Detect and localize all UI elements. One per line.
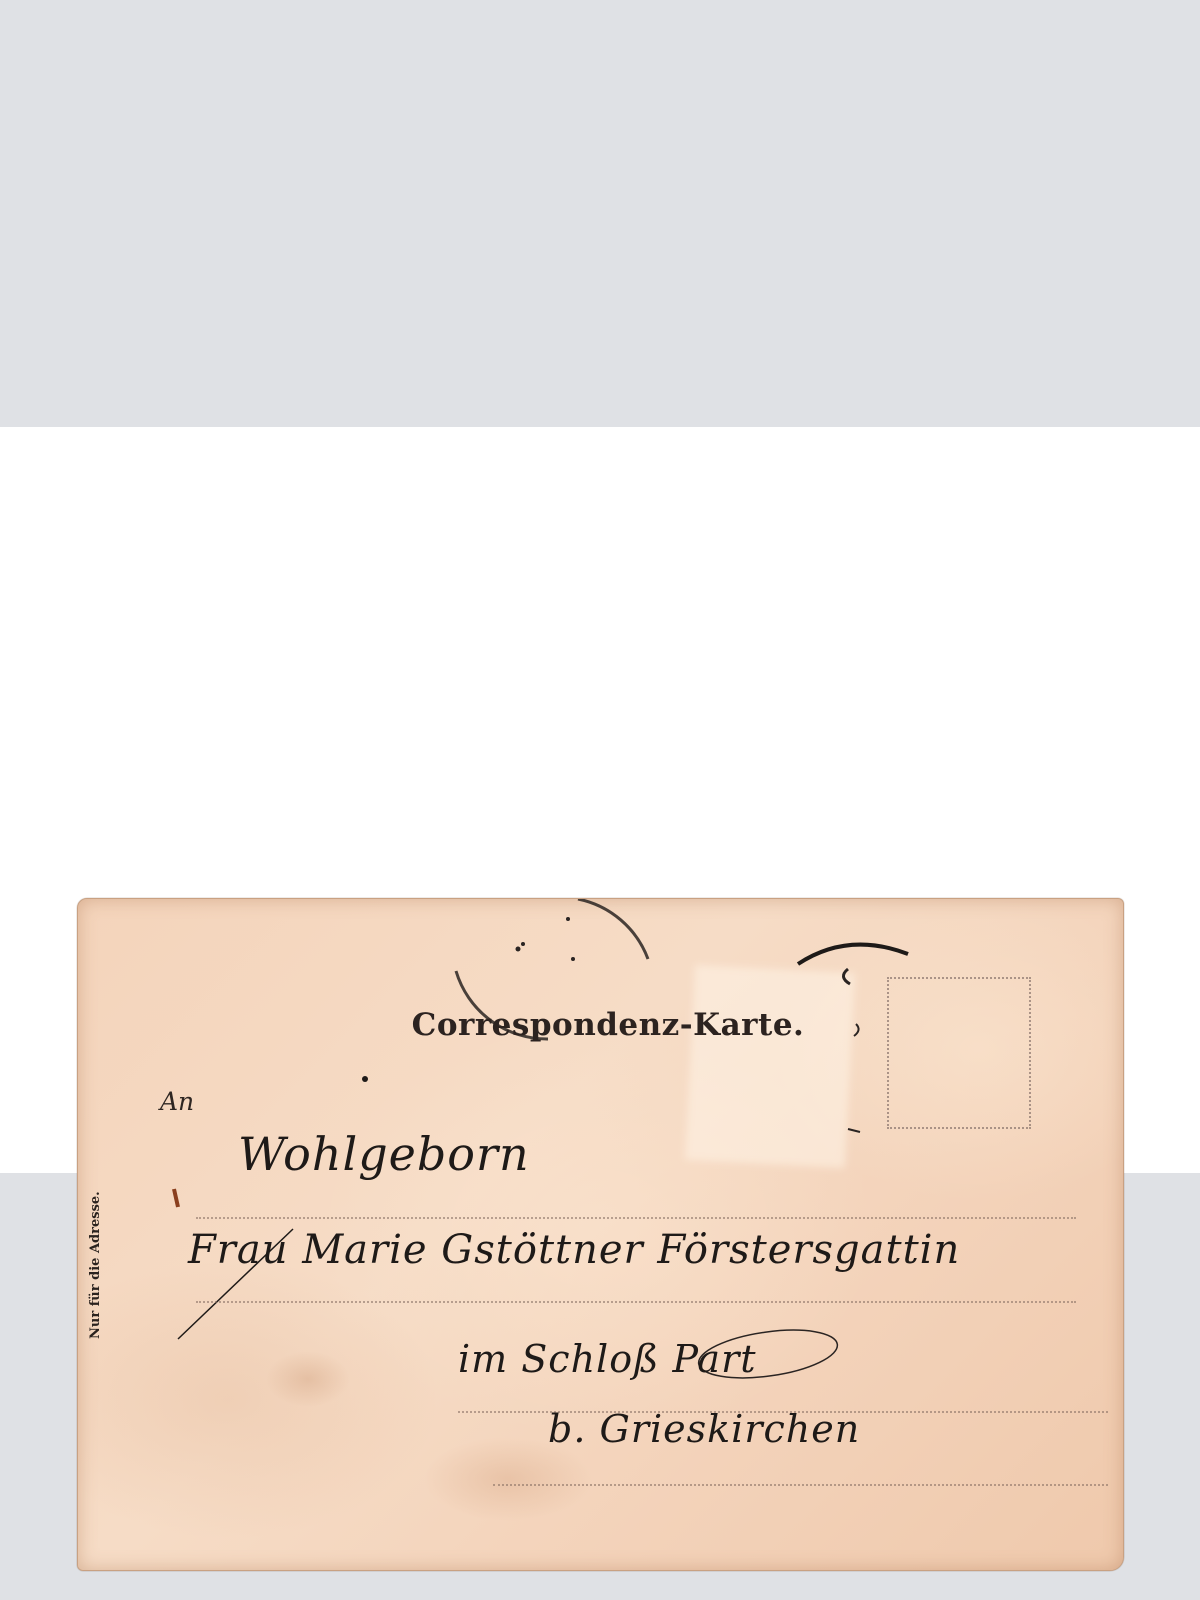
side-label: Nur für die Adresse.: [88, 1119, 103, 1339]
image-viewer-frame: Correspondenz-Karte. An Nur für die Adre…: [0, 427, 1200, 1173]
address-prefix: An: [160, 1087, 194, 1116]
handwriting-line-2: Frau Marie Gstöttner Förstersgattin: [188, 1227, 960, 1273]
address-line-4: [493, 1484, 1108, 1486]
stamp-box: [887, 977, 1031, 1129]
handwriting-line-1: Wohlgeborn: [238, 1127, 530, 1181]
handwriting-line-4: b. Grieskirchen: [548, 1407, 860, 1451]
postcard: Correspondenz-Karte. An Nur für die Adre…: [77, 898, 1124, 1571]
address-line-2: [196, 1301, 1076, 1303]
card-title: Correspondenz-Karte.: [398, 1007, 818, 1043]
address-line-1: [196, 1217, 1076, 1219]
handwriting-line-3: im Schloß Part: [458, 1337, 757, 1381]
